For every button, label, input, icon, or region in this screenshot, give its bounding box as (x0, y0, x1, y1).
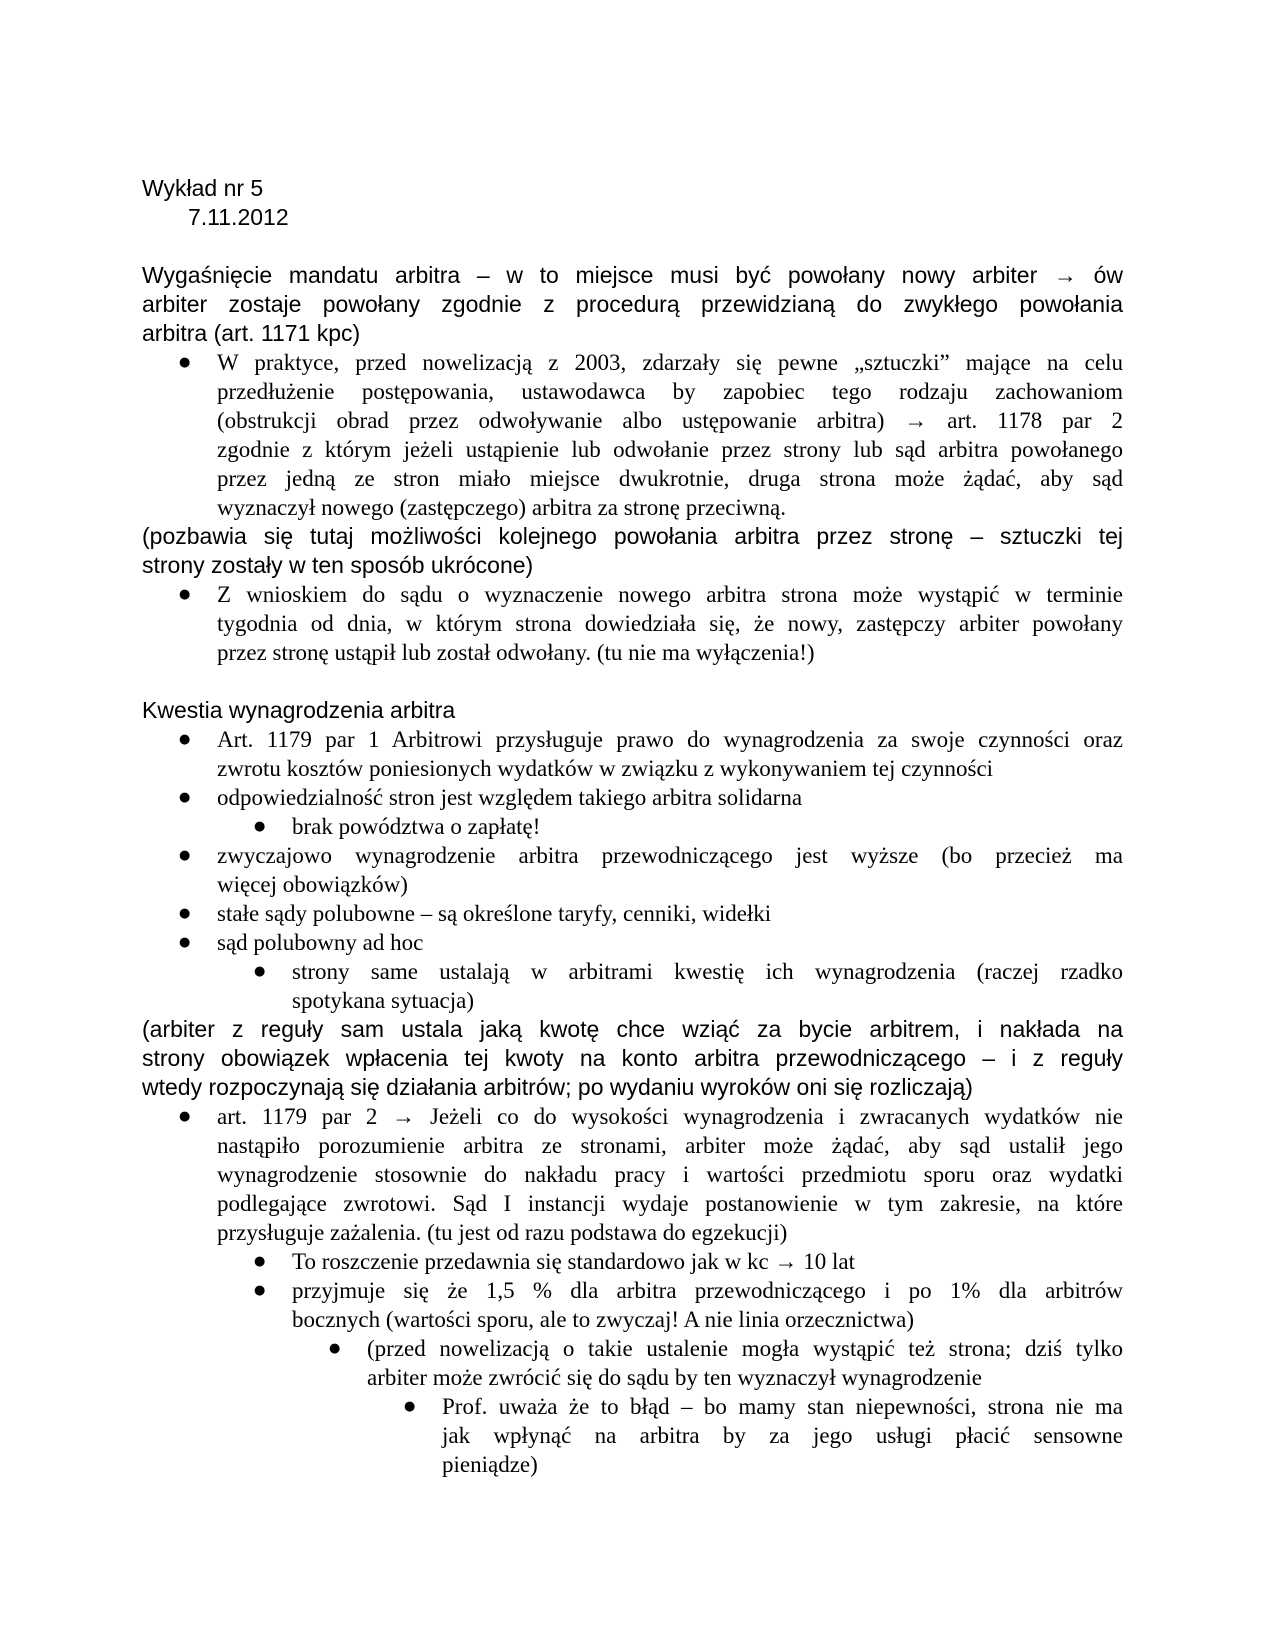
document-content: Wykład nr 57.11.2012Wygaśnięcie mandatu … (142, 174, 1123, 1479)
text-line: (pozbawia się tutaj możliwości kolejnego… (142, 522, 1123, 551)
bullet-art-1179-par-2: ●art. 1179 par 2 → Jeżeli co do wysokośc… (142, 1102, 1123, 1247)
text-line: art. 1179 par 2 → Jeżeli co do wysokości… (217, 1102, 1123, 1131)
bullet-icon: ● (179, 783, 190, 812)
bullet-icon: ● (404, 1392, 415, 1421)
bullet-presiding-higher-pay: ●zwyczajowo wynagrodzenie arbitra przewo… (142, 841, 1123, 899)
bullet-art-1179-par-1: ●Art. 1179 par 1 Arbitrowi przysługuje p… (142, 725, 1123, 783)
text-line: jak wpłynąć na arbitra by za jego usługi… (442, 1421, 1123, 1450)
bullet-icon: ● (179, 841, 190, 870)
text-line: pieniądze) (442, 1450, 1123, 1479)
section-heading-remuneration: Kwestia wynagrodzenia arbitra (142, 696, 1123, 725)
text-line: sąd polubowny ad hoc (217, 928, 1123, 957)
text-line: wtedy rozpoczynają się działania arbitró… (142, 1073, 1123, 1102)
text-line: stałe sądy polubowne – są określone tary… (217, 899, 1123, 928)
bullet-limitation-10-years: ●To roszczenie przedawnia się standardow… (142, 1247, 1123, 1276)
text-line: strony zostały w ten sposób ukrócone) (142, 551, 1123, 580)
bullet-icon: ● (254, 957, 265, 986)
text-line: 7.11.2012 (188, 203, 1123, 232)
text-line: strony obowiązek wpłacenia tej kwoty na … (142, 1044, 1123, 1073)
text-line: tygodnia od dnia, w którym strona dowied… (217, 609, 1123, 638)
text-line: wynagrodzenie stosownie do nakładu pracy… (217, 1160, 1123, 1189)
text-line: Z wnioskiem do sądu o wyznaczenie nowego… (217, 580, 1123, 609)
text-line: odpowiedzialność stron jest względem tak… (217, 783, 1123, 812)
bullet-icon: ● (254, 1247, 265, 1276)
bullet-permanent-courts: ●stałe sądy polubowne – są określone tar… (142, 899, 1123, 928)
text-line: zwyczajowo wynagrodzenie arbitra przewod… (217, 841, 1123, 870)
bullet-percentages: ●przyjmuje się że 1,5 % dla arbitra prze… (142, 1276, 1123, 1334)
document-page: Wykład nr 57.11.2012Wygaśnięcie mandatu … (0, 0, 1275, 1650)
text-line: Wygaśnięcie mandatu arbitra – w to miejs… (142, 261, 1123, 290)
text-line: wyznaczył nowego (zastępczego) arbitra z… (217, 493, 1123, 522)
text-line: To roszczenie przedawnia się standardowo… (292, 1247, 1123, 1276)
text-line: bocznych (wartości sporu, ale to zwyczaj… (292, 1305, 1123, 1334)
bullet-icon: ● (254, 1276, 265, 1305)
text-line: Art. 1179 par 1 Arbitrowi przysługuje pr… (217, 725, 1123, 754)
text-line: W praktyce, przed nowelizacją z 2003, zd… (217, 348, 1123, 377)
para-deprives-tricks: (pozbawia się tutaj możliwości kolejnego… (142, 522, 1123, 580)
text-line: przedłużenie postępowania, ustawodawca b… (217, 377, 1123, 406)
text-line: spotykana sytuacja) (292, 986, 1123, 1015)
spacer (142, 232, 1123, 261)
text-line: Prof. uważa że to błąd – bo mamy stan ni… (442, 1392, 1123, 1421)
bullet-icon: ● (179, 580, 190, 609)
lecture-title: Wykład nr 5 (142, 174, 1123, 203)
text-line: zwrotu kosztów poniesionych wydatków w z… (217, 754, 1123, 783)
text-line: przysługuje zażalenia. (tu jest od razu … (217, 1218, 1123, 1247)
bullet-prof-opinion: ●Prof. uważa że to błąd – bo mamy stan n… (142, 1392, 1123, 1479)
bullet-icon: ● (179, 1102, 190, 1131)
text-line: brak powództwa o zapłatę! (292, 812, 1123, 841)
para-arbiter-sets-amount: (arbiter z reguły sam ustala jaką kwotę … (142, 1015, 1123, 1102)
text-line: (przed nowelizacją o takie ustalenie mog… (367, 1334, 1123, 1363)
text-line: (obstrukcji obrad przez odwoływanie albo… (217, 406, 1123, 435)
bullet-motion-deadline: ●Z wnioskiem do sądu o wyznaczenie noweg… (142, 580, 1123, 667)
spacer (142, 667, 1123, 696)
bullet-icon: ● (179, 899, 190, 928)
text-line: zgodnie z którym jeżeli ustąpienie lub o… (217, 435, 1123, 464)
text-line: przez jedną ze stron miało miejsce dwukr… (217, 464, 1123, 493)
bullet-icon: ● (179, 348, 190, 377)
text-line: przyjmuje się że 1,5 % dla arbitra przew… (292, 1276, 1123, 1305)
text-line: arbitra (art. 1171 kpc) (142, 319, 1123, 348)
text-line: nastąpiło porozumienie arbitra ze strona… (217, 1131, 1123, 1160)
bullet-icon: ● (179, 725, 190, 754)
text-line: strony same ustalają w arbitrami kwestię… (292, 957, 1123, 986)
text-line: arbiter może zwrócić się do sądu by ten … (367, 1363, 1123, 1392)
bullet-joint-liability: ●odpowiedzialność stron jest względem ta… (142, 783, 1123, 812)
text-line: więcej obowiązków) (217, 870, 1123, 899)
lecture-date: 7.11.2012 (142, 203, 1123, 232)
bullet-icon: ● (179, 928, 190, 957)
text-line: podlegające zwrotowi. Sąd I instancji wy… (217, 1189, 1123, 1218)
text-line: Wykład nr 5 (142, 174, 1123, 203)
bullet-icon: ● (329, 1334, 340, 1363)
bullet-ad-hoc-court: ●sąd polubowny ad hoc (142, 928, 1123, 957)
text-line: przez stronę ustąpił lub został odwołany… (217, 638, 1123, 667)
bullet-no-lawsuit: ●brak powództwa o zapłatę! (142, 812, 1123, 841)
para-expiry-mandate: Wygaśnięcie mandatu arbitra – w to miejs… (142, 261, 1123, 348)
bullet-icon: ● (254, 812, 265, 841)
bullet-before-amendment: ●(przed nowelizacją o takie ustalenie mo… (142, 1334, 1123, 1392)
bullet-practice-tricks: ●W praktyce, przed nowelizacją z 2003, z… (142, 348, 1123, 522)
bullet-parties-agree-pay: ●strony same ustalają w arbitrami kwesti… (142, 957, 1123, 1015)
text-line: arbiter zostaje powołany zgodnie z proce… (142, 290, 1123, 319)
text-line: Kwestia wynagrodzenia arbitra (142, 696, 1123, 725)
text-line: (arbiter z reguły sam ustala jaką kwotę … (142, 1015, 1123, 1044)
